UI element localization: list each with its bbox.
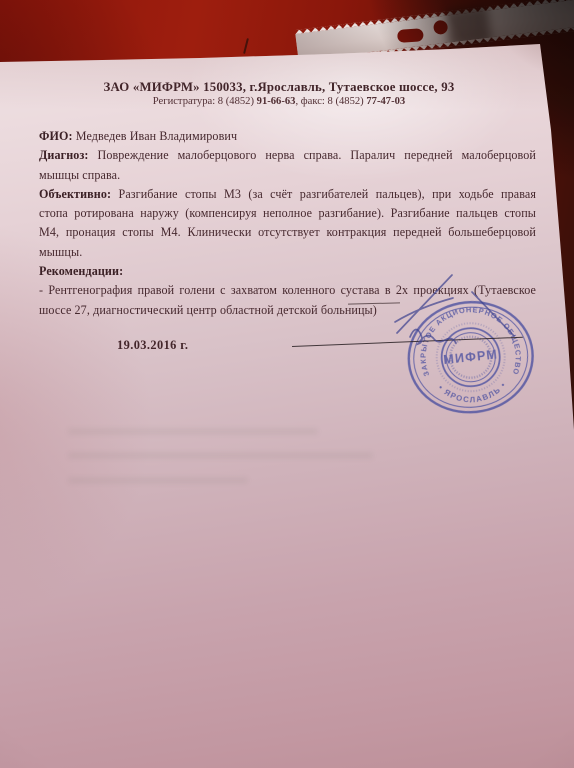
objective-text: Разгибание стопы М3 (за счёт разгибателе… (111, 187, 536, 201)
clinic-name-line: ЗАО «МИФРМ» 150033, г.Ярославль, Тутаевс… (28, 80, 530, 95)
signature-scribble (385, 265, 535, 350)
fax-prefix: , факс: 8 (4852) (295, 96, 366, 107)
fio-label: ФИО: (39, 129, 73, 143)
registry-phone: 91-66-63 (257, 96, 296, 107)
clinic-header: ЗАО «МИФРМ» 150033, г.Ярославль, Тутаевс… (28, 80, 530, 107)
fio-row: ФИО: Медведев Иван Владимирович (39, 127, 536, 146)
objective-row: Объективно: Разгибание стопы М3 (за счёт… (39, 185, 536, 204)
registry-line: Регистратура: 8 (4852) 91-66-63, факс: 8… (28, 96, 530, 107)
photo-of-medical-report: ЗАО «МИФРМ» 150033, г.Ярославль, Тутаевс… (0, 0, 574, 768)
showthrough-smudge (68, 428, 318, 435)
sleeve-shadow (445, 5, 491, 49)
showthrough-smudge (68, 452, 373, 459)
diagnosis-text: Повреждение малоберцового нерва справа. … (89, 148, 536, 162)
registry-prefix: Регистратура: 8 (4852) (153, 96, 257, 107)
showthrough-smudge (68, 477, 248, 484)
recommendations-label: Рекомендации: (39, 264, 123, 278)
objective-label: Объективно: (39, 187, 111, 201)
objective-row-2: стопа ротирована наружу (компенсируя неп… (39, 204, 536, 223)
objective-row-4: мышцы. (39, 243, 536, 262)
punch-hole-oval (397, 28, 424, 43)
fio-value: Медведев Иван Владимирович (73, 129, 238, 143)
diagnosis-row-2: мышцы справа. (39, 166, 536, 185)
diagnosis-label: Диагноз: (39, 148, 89, 162)
fax-phone: 77-47-03 (366, 96, 405, 107)
report-date: 19.03.2016 г. (117, 338, 188, 353)
diagnosis-row: Диагноз: Повреждение малоберцового нерва… (39, 146, 536, 165)
objective-row-3: М4, пронация стопы М4. Клинически отсутс… (39, 223, 536, 242)
punch-hole-round (433, 20, 449, 36)
